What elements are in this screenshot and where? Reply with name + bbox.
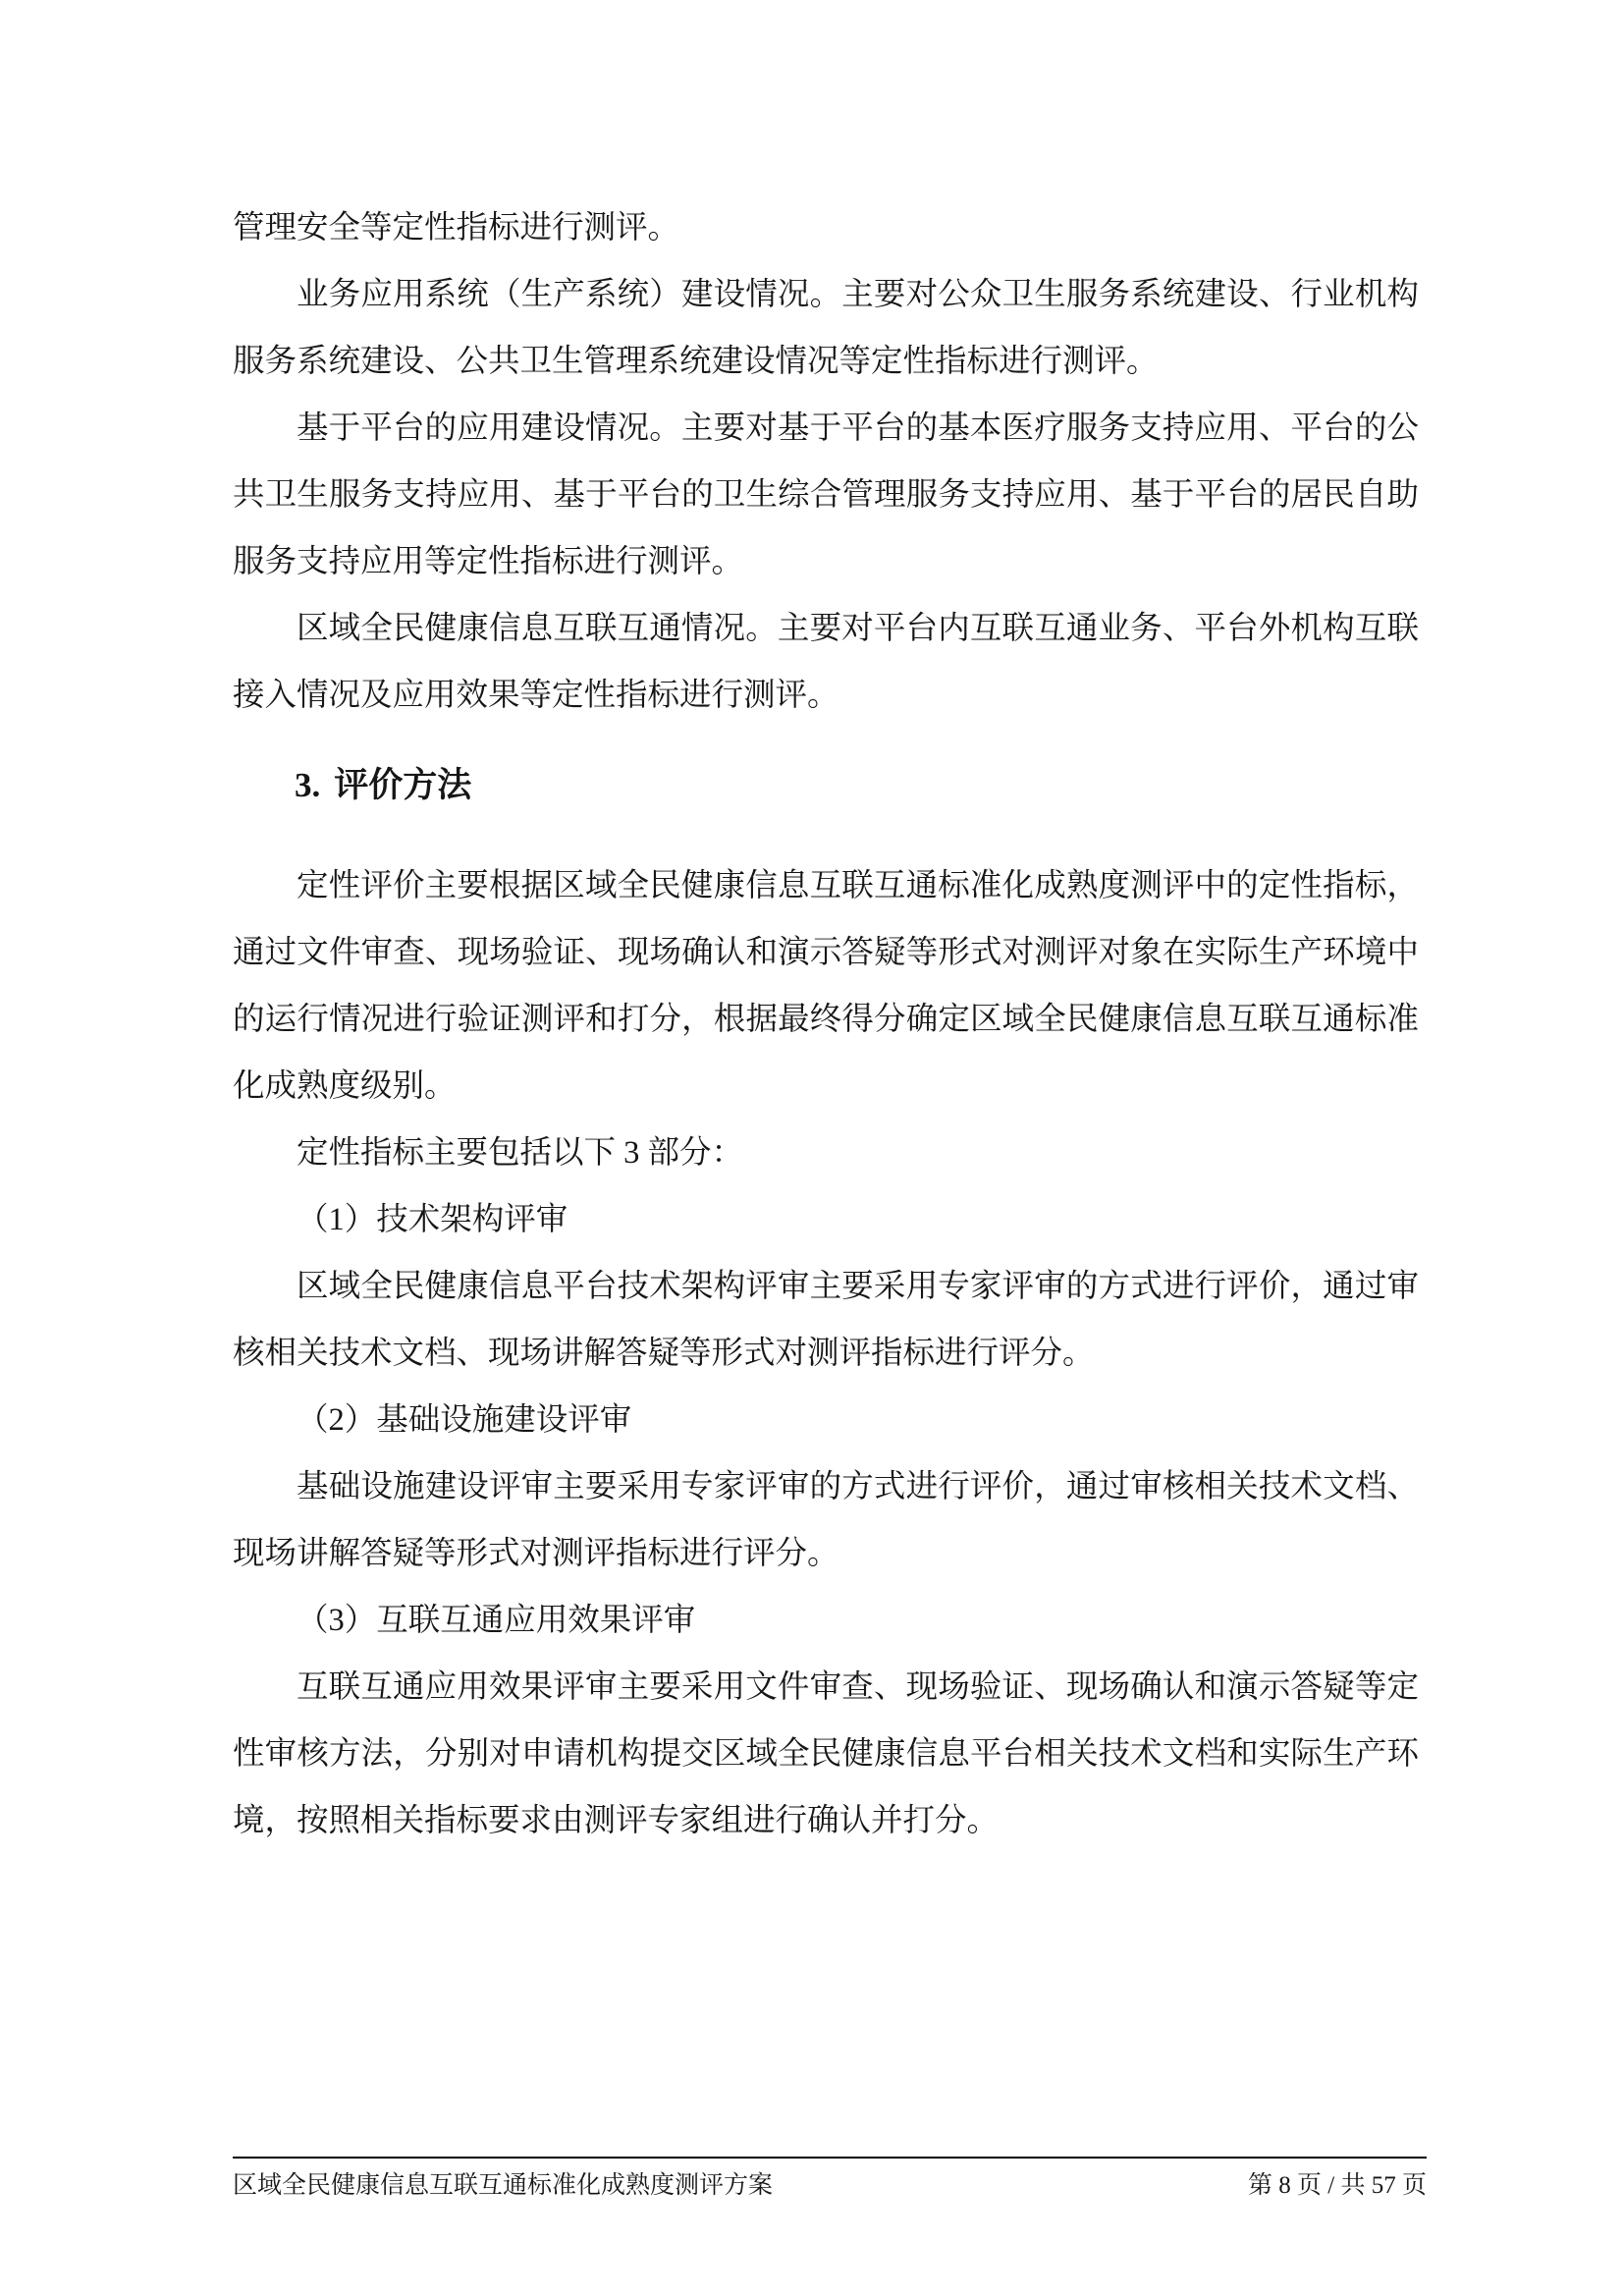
paragraph-line: 接入情况及应用效果等定性指标进行测评。 [233,662,1419,729]
section-heading-number: 3. [295,766,320,804]
paragraph-line: 区域全民健康信息互联互通情况。主要对平台内互联互通业务、平台外机构互联 [233,595,1419,662]
paragraph-line: 服务系统建设、公共卫生管理系统建设情况等定性指标进行测评。 [233,328,1419,395]
paragraph-line: 定性指标主要包括以下 3 部分： [233,1120,1419,1186]
paragraph-line: 化成熟度级别。 [233,1053,1419,1120]
paragraph-line: 性审核方法，分别对申请机构提交区域全民健康信息平台相关技术文档和实际生产环 [233,1721,1419,1787]
footer-page-number: 第 8 页 / 共 57 页 [1248,2165,1427,2201]
footer-doc-title: 区域全民健康信息互联互通标准化成熟度测评方案 [233,2165,773,2201]
list-item-heading: （1）技术架构评审 [233,1186,1419,1253]
list-item-heading: （2）基础设施建设评审 [233,1387,1419,1453]
paragraph-line: 基础设施建设评审主要采用专家评审的方式进行评价，通过审核相关技术文档、 [233,1453,1419,1520]
paragraph-line: 共卫生服务支持应用、基于平台的卫生综合管理服务支持应用、基于平台的居民自助 [233,462,1419,528]
section-heading-title: 评价方法 [334,766,471,804]
paragraph-line: 通过文件审查、现场验证、现场确认和演示答疑等形式对测评对象在实际生产环境中 [233,919,1419,986]
paragraph-line: 区域全民健康信息平台技术架构评审主要采用专家评审的方式进行评价，通过审 [233,1253,1419,1320]
paragraph-line: 核相关技术文档、现场讲解答疑等形式对测评指标进行评分。 [233,1320,1419,1387]
paragraph-line: 定性评价主要根据区域全民健康信息互联互通标准化成熟度测评中的定性指标， [233,852,1419,919]
paragraph-line: 境，按照相关指标要求由测评专家组进行确认并打分。 [233,1787,1419,1854]
document-page: 管理安全等定性指标进行测评。 业务应用系统（生产系统）建设情况。主要对公众卫生服… [0,0,1623,2296]
paragraph-line: 基于平台的应用建设情况。主要对基于平台的基本医疗服务支持应用、平台的公 [233,395,1419,462]
section-heading: 3.评价方法 [233,752,1419,819]
document-body: 管理安全等定性指标进行测评。 业务应用系统（生产系统）建设情况。主要对公众卫生服… [233,194,1419,1854]
paragraph-line: 服务支持应用等定性指标进行测评。 [233,528,1419,595]
paragraph-line: 互联互通应用效果评审主要采用文件审查、现场验证、现场确认和演示答疑等定 [233,1654,1419,1721]
paragraph-line: 管理安全等定性指标进行测评。 [233,194,1419,261]
list-item-heading: （3）互联互通应用效果评审 [233,1587,1419,1654]
paragraph-line: 现场讲解答疑等形式对测评指标进行评分。 [233,1520,1419,1587]
paragraph-line: 业务应用系统（生产系统）建设情况。主要对公众卫生服务系统建设、行业机构 [233,261,1419,328]
page-footer: 区域全民健康信息互联互通标准化成熟度测评方案 第 8 页 / 共 57 页 [233,2157,1427,2201]
paragraph-line: 的运行情况进行验证测评和打分，根据最终得分确定区域全民健康信息互联互通标准 [233,986,1419,1053]
